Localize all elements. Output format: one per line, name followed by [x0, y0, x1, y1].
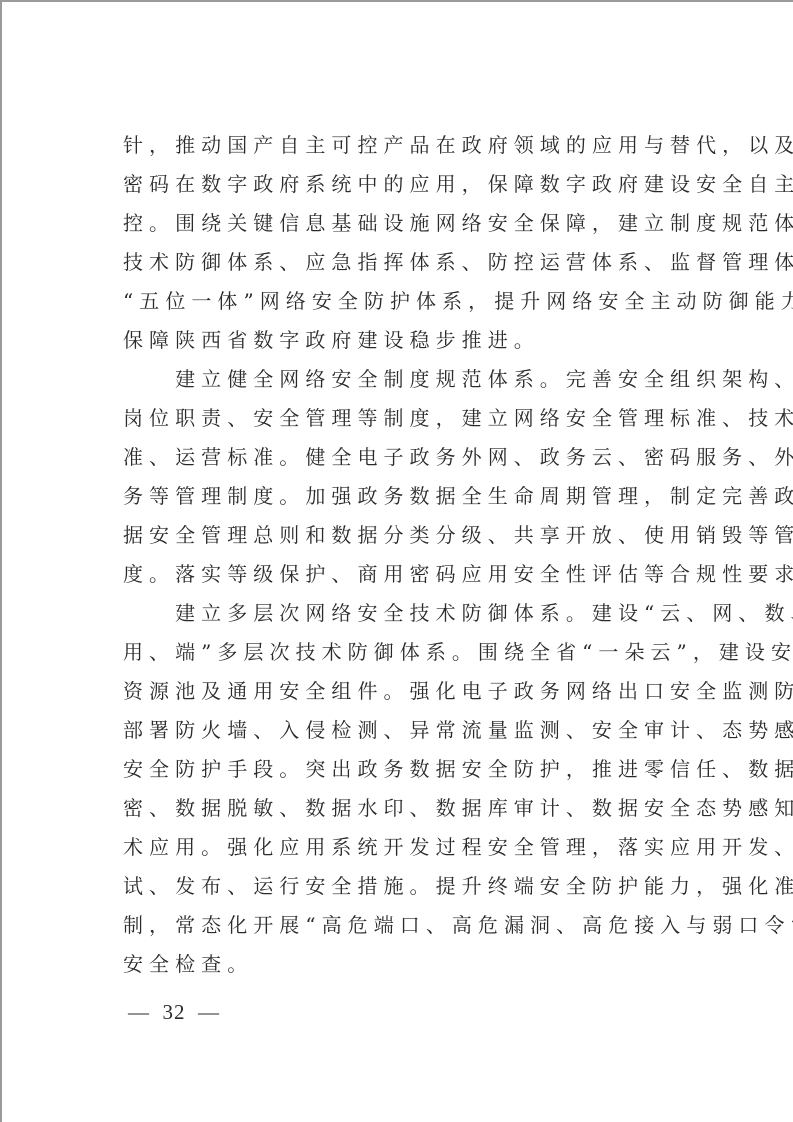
text-line: 部署防火墙、入侵检测、异常流量监测、安全审计、态势感知等	[123, 711, 723, 750]
text-line: 务等管理制度。加强政务数据全生命周期管理，制定完善政务数	[123, 477, 723, 516]
text-line: 度。落实等级保护、商用密码应用安全性评估等合规性要求。	[123, 555, 723, 594]
text-line: 试、发布、运行安全措施。提升终端安全防护能力，强化准入控	[123, 867, 723, 906]
text-line: 岗位职责、安全管理等制度，建立网络安全管理标准、技术标	[123, 399, 723, 438]
text-line: 据安全管理总则和数据分类分级、共享开放、使用销毁等管理制	[123, 516, 723, 555]
page-number: — 32 —	[128, 1000, 220, 1025]
document-body: 针，推动国产自主可控产品在政府领域的应用与替代，以及国产 密码在数字政府系统中的…	[123, 126, 723, 984]
paragraph-institutional-system: 建立健全网络安全制度规范体系。完善安全组织架构、安全 岗位职责、安全管理等制度，…	[123, 360, 723, 594]
text-line: 密、数据脱敏、数据水印、数据库审计、数据安全态势感知等技	[123, 789, 723, 828]
text-line: 术应用。强化应用系统开发过程安全管理，落实应用开发、测	[123, 828, 723, 867]
document-page: 针，推动国产自主可控产品在政府领域的应用与替代，以及国产 密码在数字政府系统中的…	[2, 2, 793, 1122]
text-line: 技术防御体系、应急指挥体系、防控运营体系、监督管理体系	[123, 243, 723, 282]
text-line: 保障陕西省数字政府建设稳步推进。	[123, 321, 723, 360]
text-line: 建立多层次网络安全技术防御体系。建设“云、网、数、	[123, 594, 723, 633]
text-line: 建立健全网络安全制度规范体系。完善安全组织架构、安全	[123, 360, 723, 399]
text-line: 资源池及通用安全组件。强化电子政务网络出口安全监测防护，	[123, 672, 723, 711]
text-line: “五位一体”网络安全防护体系，提升网络安全主动防御能力，	[123, 282, 723, 321]
text-line: 密码在数字政府系统中的应用，保障数字政府建设安全自主可	[123, 165, 723, 204]
text-line: 安全防护手段。突出政务数据安全防护，推进零信任、数据加	[123, 750, 723, 789]
paragraph-technical-defense: 建立多层次网络安全技术防御体系。建设“云、网、数、 用、端”多层次技术防御体系。…	[123, 594, 723, 984]
text-line: 控。围绕关键信息基础设施网络安全保障，建立制度规范体系、	[123, 204, 723, 243]
paragraph-continued: 针，推动国产自主可控产品在政府领域的应用与替代，以及国产 密码在数字政府系统中的…	[123, 126, 723, 360]
text-line: 安全检查。	[123, 945, 723, 984]
text-line: 用、端”多层次技术防御体系。围绕全省“一朵云”，建设安全	[123, 633, 723, 672]
text-line: 针，推动国产自主可控产品在政府领域的应用与替代，以及国产	[123, 126, 723, 165]
text-line: 准、运营标准。健全电子政务外网、政务云、密码服务、外包服	[123, 438, 723, 477]
text-line: 制，常态化开展“高危端口、高危漏洞、高危接入与弱口令”的	[123, 906, 723, 945]
